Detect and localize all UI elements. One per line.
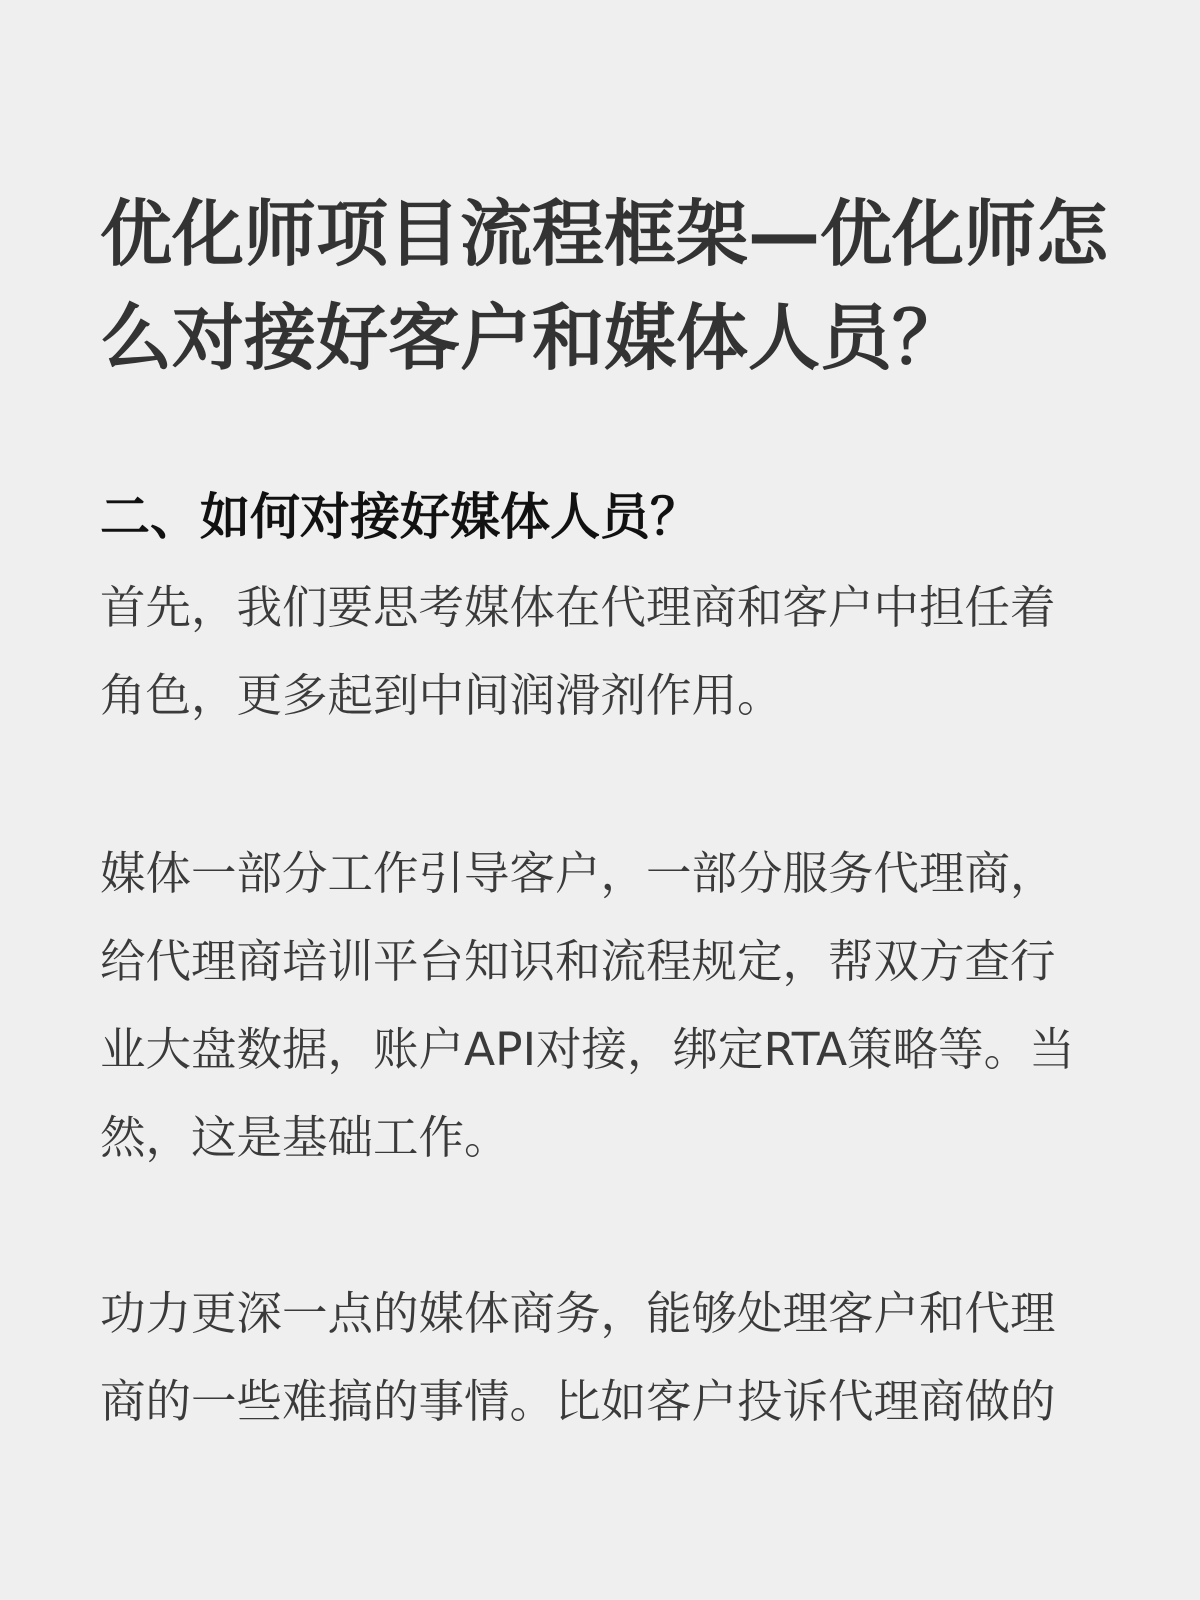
paragraph-3: 功力更深一点的媒体商务，能够处理客户和代理商的一些难搞的事情。比如客户投诉代理商… <box>100 1270 1100 1446</box>
paragraph-1: 首先，我们要思考媒体在代理商和客户中担任着角色，更多起到中间润滑剂作用。 <box>100 564 1100 740</box>
section-heading: 二、如何对接好媒体人员？ <box>100 482 1100 552</box>
article-title: 优化师项目流程框架—优化师怎么对接好客户和媒体人员？ <box>100 182 1110 390</box>
paragraph-2: 媒体一部分工作引导客户，一部分服务代理商，给代理商培训平台知识和流程规定，帮双方… <box>100 830 1100 1182</box>
